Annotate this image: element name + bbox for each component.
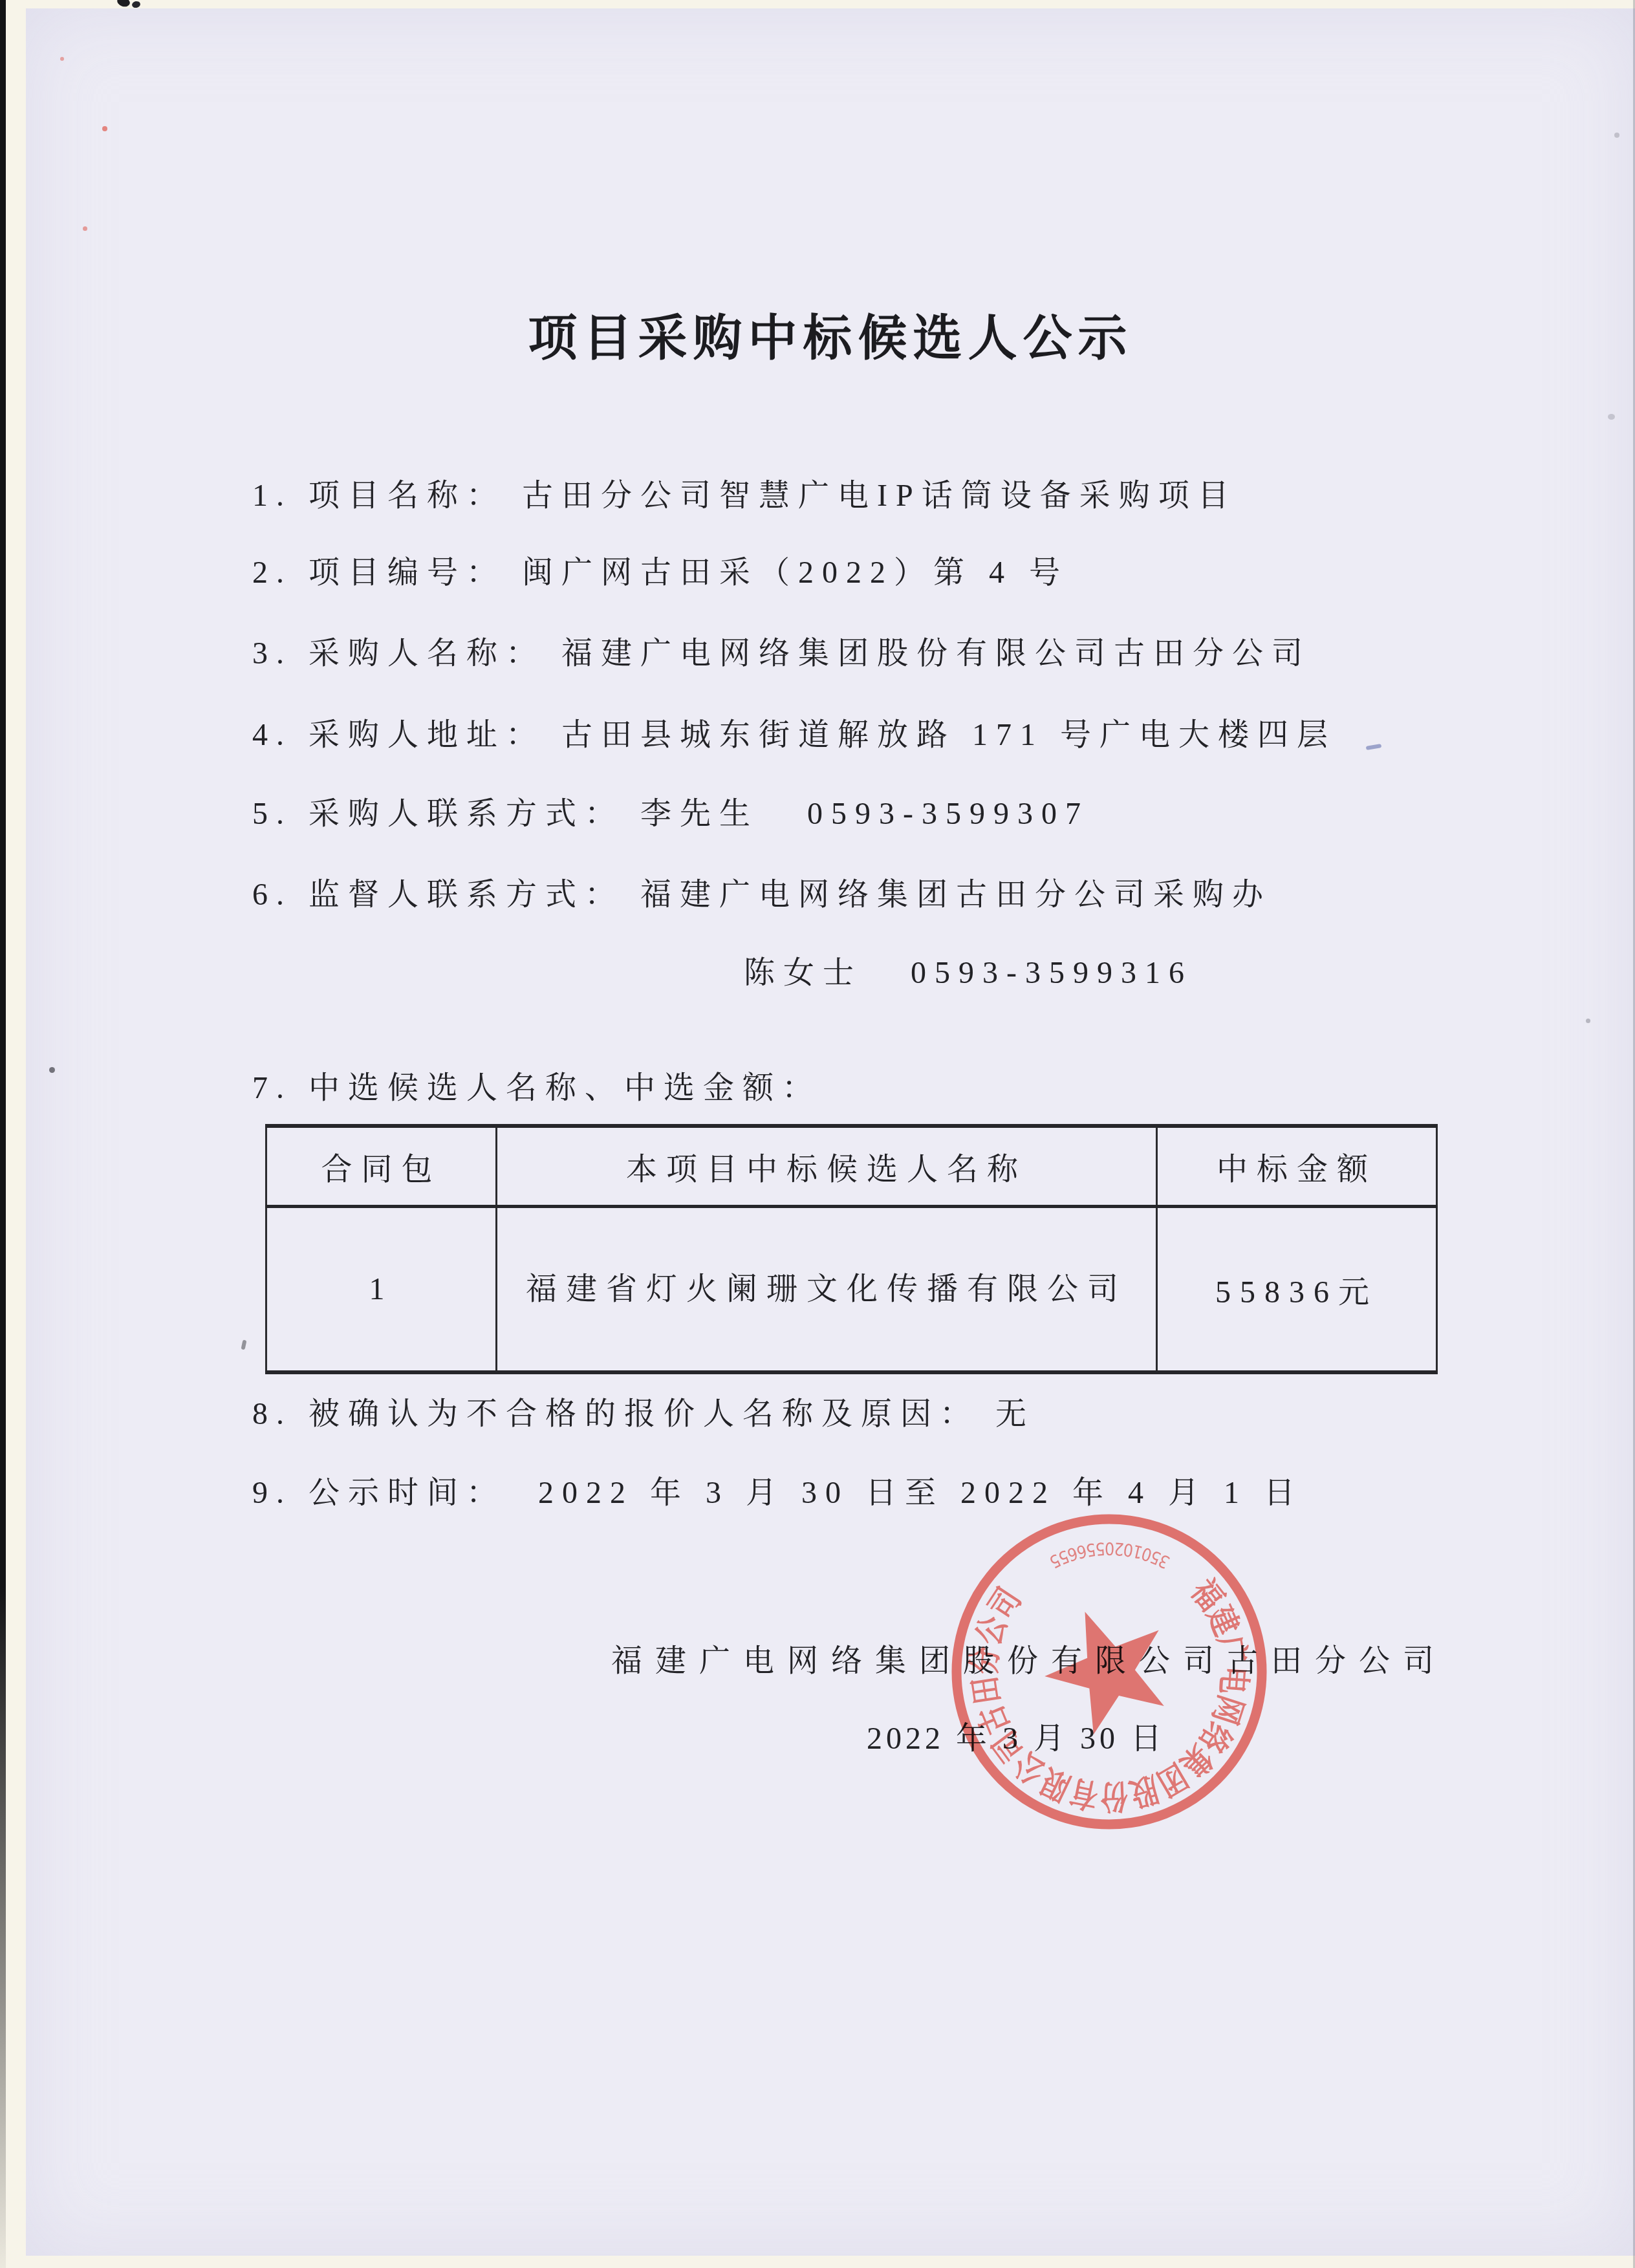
red-speck (60, 57, 64, 61)
item-3-purchaser-name: 3. 采购人名称： 福建广电网络集团股份有限公司古田分公司 (252, 634, 1311, 674)
item-1-project-name: 1. 项目名称： 古田分公司智慧广电IP话筒设备采购项目 (252, 476, 1237, 516)
item-2-project-number: 2. 项目编号： 闽广网古田采（2022）第 4 号 (252, 553, 1068, 593)
table-row: 1 福建省灯火阑珊文化传播有限公司 55836元 (266, 1207, 1437, 1373)
item-6-contact-continuation: 陈女士 0593-3599316 (744, 953, 1193, 993)
gray-speck (1608, 414, 1615, 420)
table-header-row: 合同包 本项目中标候选人名称 中标金额 (266, 1126, 1437, 1207)
header-winning-amount: 中标金额 (1157, 1126, 1437, 1207)
red-speck (102, 126, 107, 131)
stamp-star-icon (1034, 1606, 1182, 1749)
gray-speck (49, 1067, 55, 1073)
cell-candidate-name: 福建省灯火阑珊文化传播有限公司 (497, 1207, 1157, 1373)
ink-smudge (131, 1, 141, 8)
stamp-serial-arc: 3501020556655 (1046, 1538, 1173, 1572)
item-9-publicity-period: 9. 公示时间： 2022 年 3 月 30 日至 2022 年 4 月 1 日 (252, 1473, 1303, 1513)
header-contract-package: 合同包 (266, 1126, 497, 1207)
svg-text:3501020556655: 3501020556655 (1046, 1538, 1173, 1572)
candidate-table: 合同包 本项目中标候选人名称 中标金额 1 福建省灯火阑珊文化传播有限公司 55… (265, 1124, 1438, 1374)
item-4-purchaser-address: 4. 采购人地址： 古田县城东街道解放路 171 号广电大楼四层 (252, 715, 1336, 755)
header-candidate-name: 本项目中标候选人名称 (497, 1126, 1157, 1207)
scanner-edge-bar (0, 0, 6, 2268)
scanned-document-page: { "page": { "paper_color": "#edecf5", "m… (0, 0, 1635, 2268)
official-red-stamp: 福建广电网络集团股份有限公司古田分公司 3501020556655 (947, 1510, 1271, 1833)
cell-winning-amount: 55836元 (1157, 1207, 1437, 1373)
red-speck (83, 226, 87, 231)
item-5-purchaser-contact: 5. 采购人联系方式： 李先生 0593-3599307 (252, 794, 1089, 834)
gray-speck (1586, 1019, 1590, 1023)
item-8-disqualified: 8. 被确认为不合格的报价人名称及原因： 无 (252, 1394, 1035, 1434)
gray-speck (1614, 133, 1619, 138)
ink-smudge (116, 0, 131, 8)
item-6-supervisor-contact: 6. 监督人联系方式： 福建广电网络集团古田分公司采购办 (252, 875, 1272, 915)
item-7-selected-candidates: 7. 中选候选人名称、中选金额： (252, 1068, 821, 1108)
page-title: 项目采购中标候选人公示 (26, 299, 1635, 369)
cell-contract-package: 1 (266, 1207, 497, 1373)
